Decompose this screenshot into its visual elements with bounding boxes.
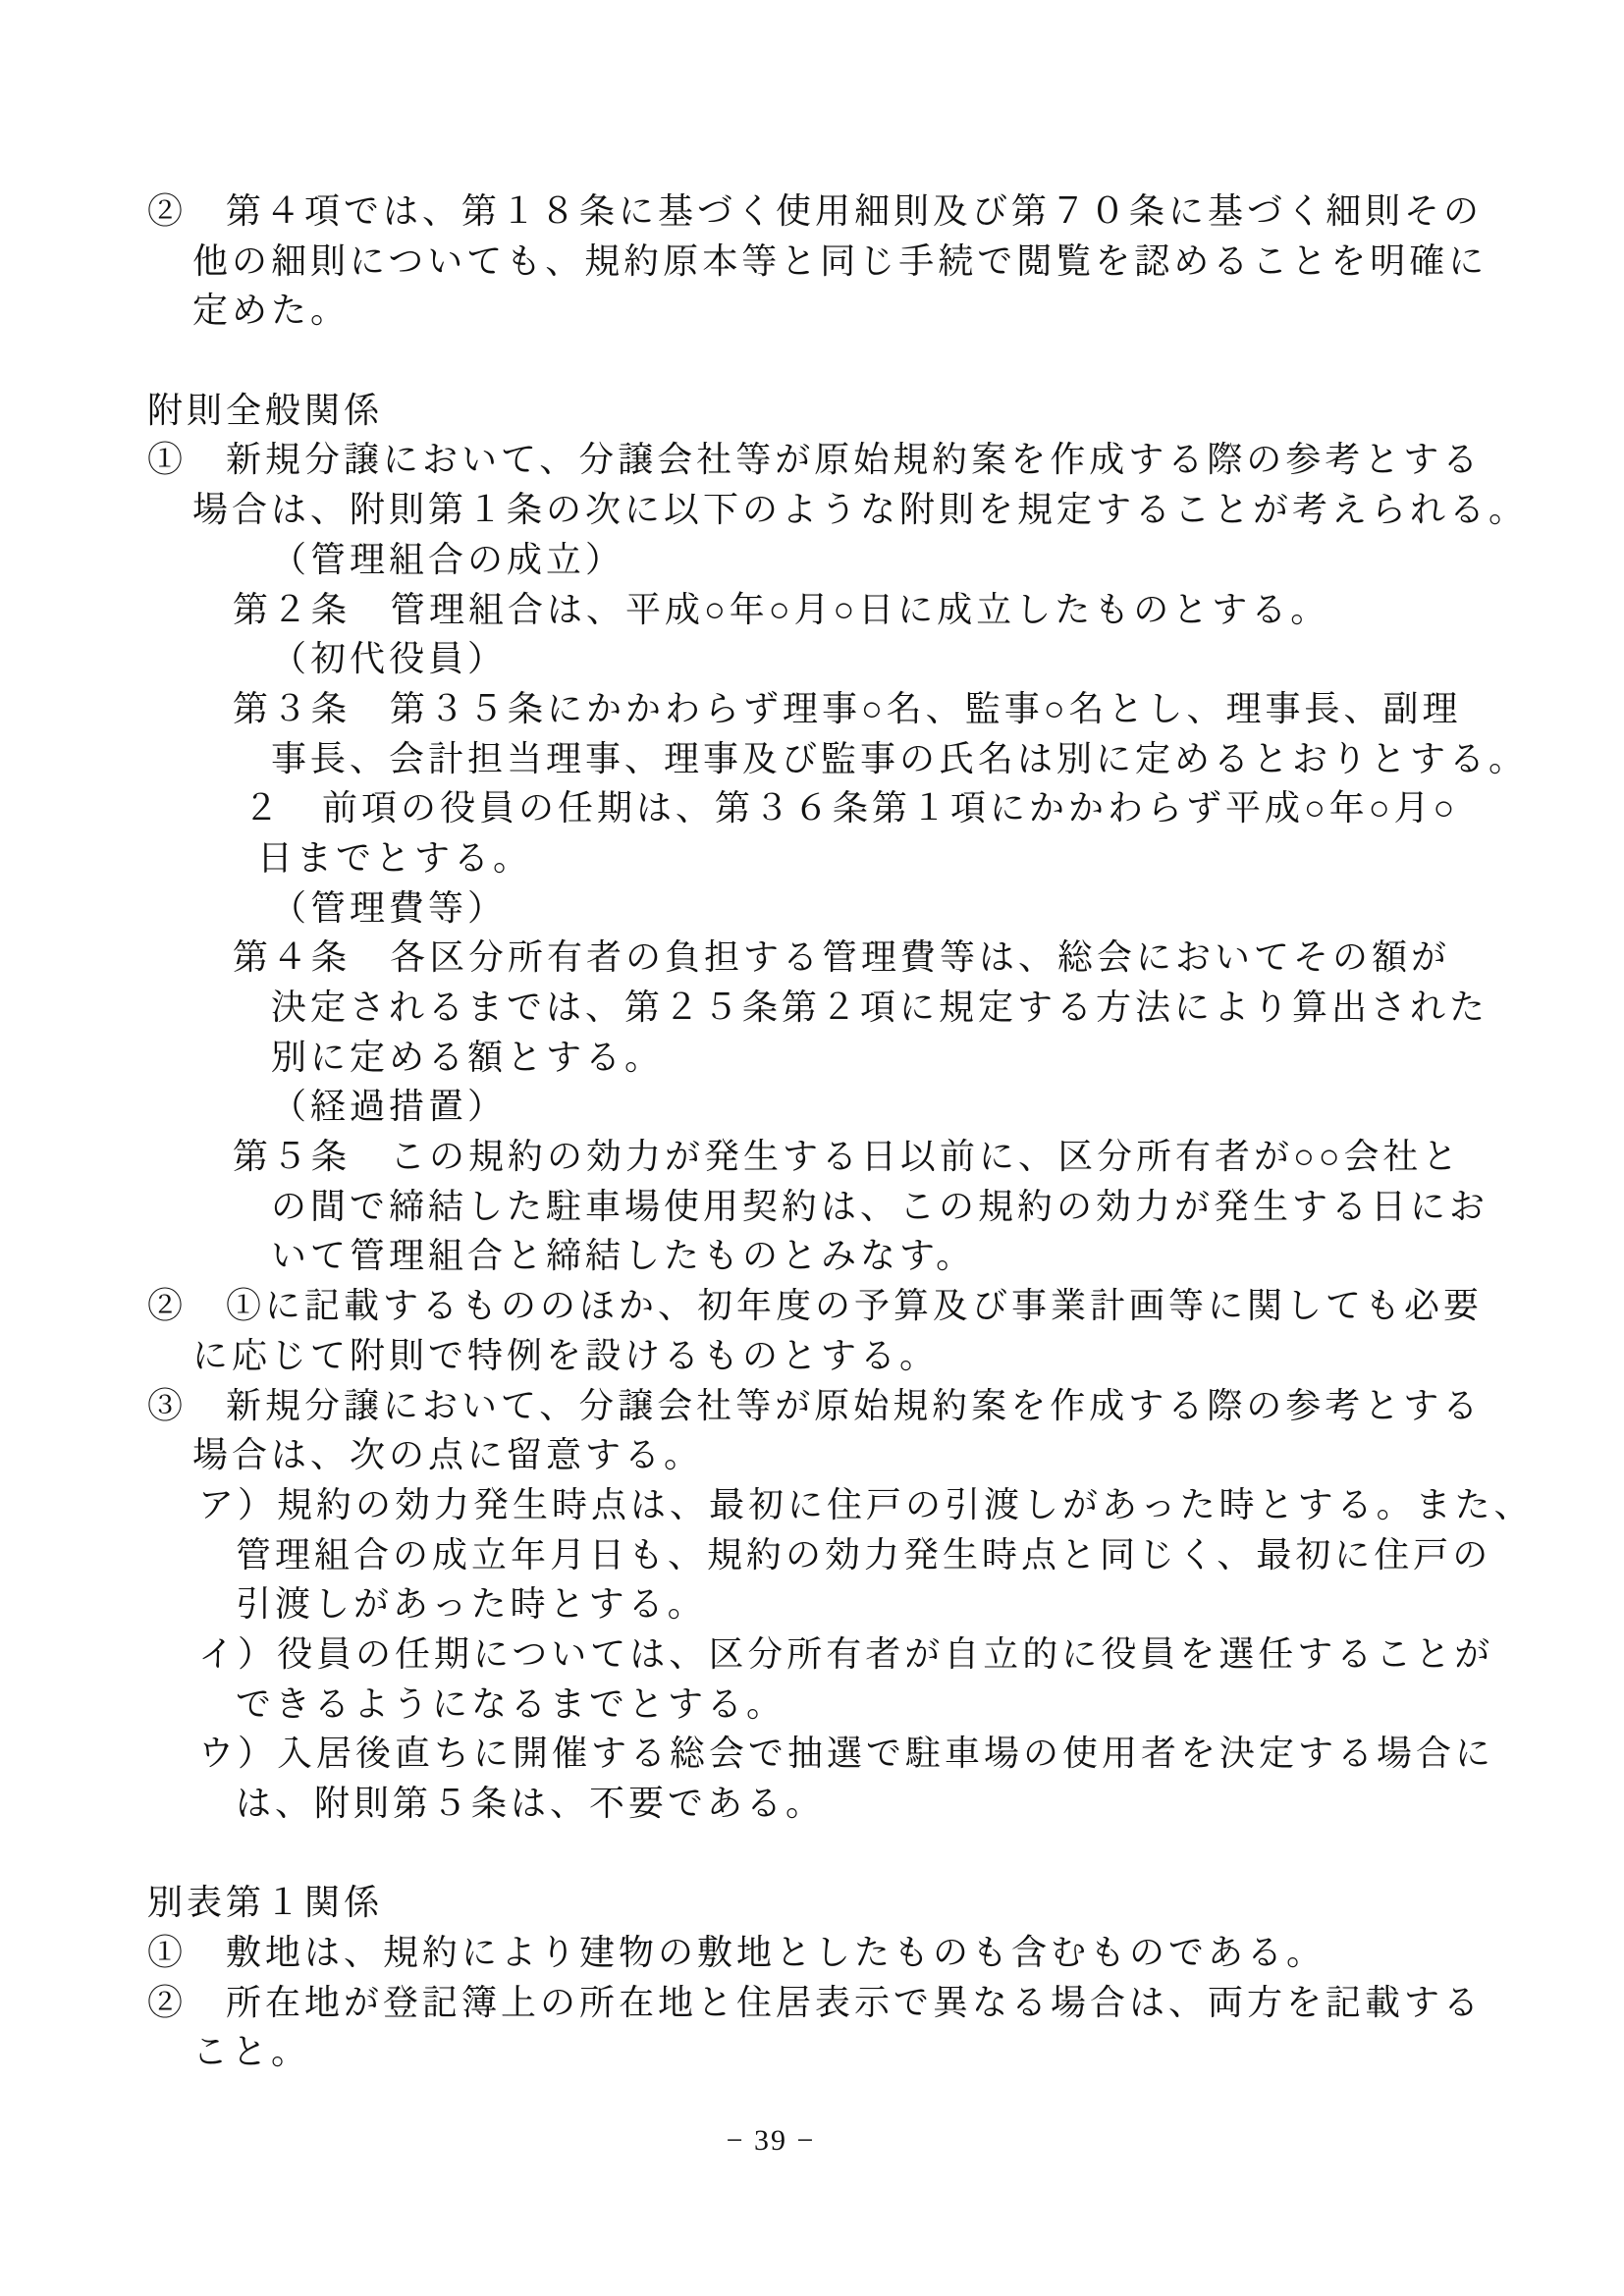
text-line: 第３条 第３５条にかかわらず理事○名、監事○名とし、理事長、副理 <box>147 684 1522 734</box>
text-line: （管理費等） <box>147 883 1522 934</box>
text-line: ① 新規分譲において、分譲会社等が原始規約案を作成する際の参考とする <box>147 435 1522 485</box>
text-line: ① 敷地は、規約により建物の敷地としたものも含むものである。 <box>147 1928 1522 1978</box>
text-line: ③ 新規分譲において、分譲会社等が原始規約案を作成する際の参考とする <box>147 1381 1522 1431</box>
document-page: ② 第４項では、第１８条に基づく使用細則及び第７０条に基づく細則その他の細則につ… <box>0 0 1624 2296</box>
text-line: 他の細則についても、規約原本等と同じ手続で閲覧を認めることを明確に <box>147 237 1522 287</box>
text-line: 第５条 この規約の効力が発生する日以前に、区分所有者が○○会社と <box>147 1132 1522 1182</box>
text-line: の間で締結した駐車場使用契約は、この規約の効力が発生する日にお <box>147 1182 1522 1232</box>
text-line: ウ）入居後直ちに開催する総会で抽選で駐車場の使用者を決定する場合に <box>147 1729 1522 1779</box>
text-line: に応じて附則で特例を設けるものとする。 <box>147 1331 1522 1381</box>
text-line: 附則全般関係 <box>147 386 1522 436</box>
text-line: （経過措置） <box>147 1082 1522 1132</box>
text-line: イ）役員の任期については、区分所有者が自立的に役員を選任することが <box>147 1629 1522 1680</box>
text-line: 日までとする。 <box>147 833 1522 883</box>
text-line: 別表第１関係 <box>147 1878 1522 1928</box>
text-line: ② ①に記載するもののほか、初年度の予算及び事業計画等に関しても必要 <box>147 1281 1522 1331</box>
text-line: （初代役員） <box>147 634 1522 684</box>
text-line: こと。 <box>147 2027 1522 2077</box>
text-line: 定めた。 <box>147 286 1522 336</box>
text-line: ② 第４項では、第１８条に基づく使用細則及び第７０条に基づく細則その <box>147 187 1522 237</box>
page-number: − 39 − <box>147 2116 1394 2165</box>
text-line: 第２条 管理組合は、平成○年○月○日に成立したものとする。 <box>147 585 1522 635</box>
text-lines: ② 第４項では、第１８条に基づく使用細則及び第７０条に基づく細則その他の細則につ… <box>147 187 1522 2077</box>
text-line: 場合は、次の点に留意する。 <box>147 1430 1522 1480</box>
text-line: いて管理組合と締結したものとみなす。 <box>147 1231 1522 1281</box>
text-line <box>147 1829 1522 1879</box>
text-line: ② 所在地が登記簿上の所在地と住居表示で異なる場合は、両方を記載する <box>147 1978 1522 2028</box>
text-line: ２ 前項の役員の任期は、第３６条第１項にかかわらず平成○年○月○ <box>147 783 1522 833</box>
text-line: ア）規約の効力発生時点は、最初に住戸の引渡しがあった時とする。また、 <box>147 1480 1522 1530</box>
text-line: 管理組合の成立年月日も、規約の効力発生時点と同じく、最初に住戸の <box>147 1530 1522 1580</box>
text-line: 事長、会計担当理事、理事及び監事の氏名は別に定めるとおりとする。 <box>147 734 1522 784</box>
text-line: 決定されるまでは、第２５条第２項に規定する方法により算出された <box>147 983 1522 1033</box>
text-line: （管理組合の成立） <box>147 535 1522 585</box>
text-line: 引渡しがあった時とする。 <box>147 1579 1522 1629</box>
text-line: 第４条 各区分所有者の負担する管理費等は、総会においてその額が <box>147 933 1522 983</box>
text-line: は、附則第５条は、不要である。 <box>147 1779 1522 1829</box>
text-line <box>147 336 1522 386</box>
text-line: 場合は、附則第１条の次に以下のような附則を規定することが考えられる。 <box>147 485 1522 535</box>
text-line: できるようになるまでとする。 <box>147 1680 1522 1730</box>
text-line: 別に定める額とする。 <box>147 1033 1522 1083</box>
